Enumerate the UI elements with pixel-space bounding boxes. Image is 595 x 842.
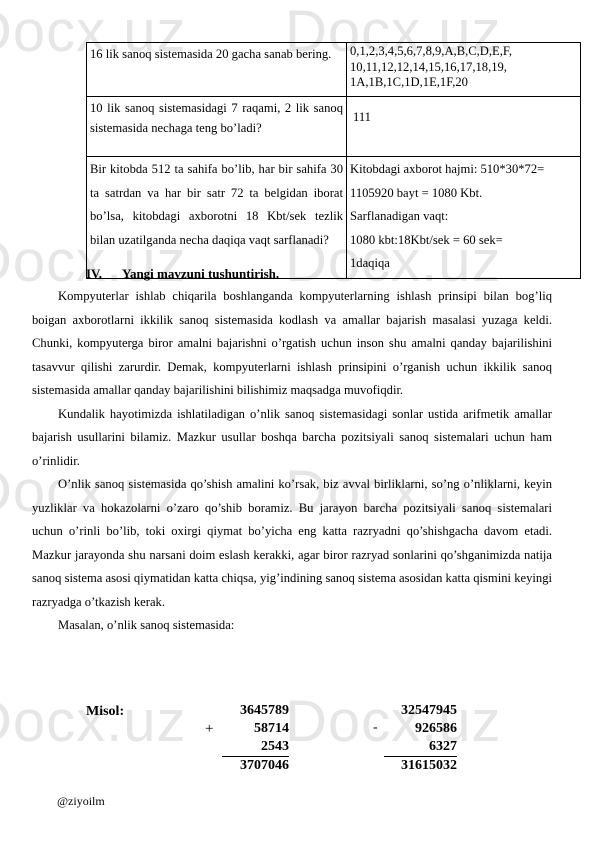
answer-line: 1105920 bayt = 1080 Kbt. [350,182,577,206]
answer-line: 111 [353,107,577,127]
addition-example: + 3645789 58714 2543 3707046 [222,702,289,775]
table-row: 10 lik sanoq sistemasidagi 7 raqami, 2 l… [87,97,581,157]
section-number: IV. [86,264,122,284]
answer-line: Sarflanadigan vaqt: [350,205,577,229]
table-row: Bir kitobda 512 ta sahifa bo’lib, har bi… [87,157,581,279]
table-row: 16 lik sanoq sistemasida 20 gacha sanab … [87,43,581,97]
answer-line: 1A,1B,1C,1D,1E,1F,20 [350,75,577,91]
operand: 6327 [429,738,457,756]
answer-line: 1080 kbt:18Kbt/sek = 60 sek= [350,229,577,253]
operand: 3645789 [240,702,289,720]
answer-line: 0,1,2,3,4,5,6,7,8,9,A,B,C,D,E,F, [350,44,577,60]
operand: 32547945 [401,702,457,720]
answer-cell: Kitobdagi axborot hajmi: 510*30*72= 1105… [347,157,581,279]
watermark: Docx.uz [0,688,187,755]
question-cell: 10 lik sanoq sistemasidagi 7 raqami, 2 l… [87,97,347,157]
operand: 926586 [415,720,457,738]
answer-line: 10,11,12,12,14,15,16,17,18,19, [350,60,577,76]
document-body: IV. Yangi mavzuni tushuntirish. Kompyute… [60,264,552,638]
paragraph: O’nlik sanoq sistemasida qo’shish amalin… [32,473,552,614]
answer-cell: 111 [347,97,581,157]
result: 31615032 [401,757,457,775]
subtraction-example: - 32547945 926586 6327 31615032 [384,702,457,775]
example-label: Misol: [86,704,124,720]
answer-cell: 0,1,2,3,4,5,6,7,8,9,A,B,C,D,E,F, 10,11,1… [347,43,581,97]
paragraph: Kompyuterlar ishlab chiqarila boshlangan… [32,285,552,403]
operand: 2543 [261,738,289,756]
minus-operator: - [373,719,378,737]
plus-operator: + [205,720,213,738]
section-title: Yangi mavzuni tushuntirish. [122,264,279,284]
paragraph: Masalan, o’nlik sanoq sistemasida: [32,614,552,638]
result: 3707046 [240,757,289,775]
operand: 58714 [254,720,289,738]
footer-handle: @ziyoilm [57,794,105,809]
section-heading: IV. Yangi mavzuni tushuntirish. [86,264,552,284]
question-cell: Bir kitobda 512 ta sahifa bo’lib, har bi… [87,157,347,279]
paragraph: Kundalik hayotimizda ishlatiladigan o’nl… [32,403,552,474]
question-answer-table: 16 lik sanoq sistemasida 20 gacha sanab … [86,42,581,279]
question-cell: 16 lik sanoq sistemasida 20 gacha sanab … [87,43,347,97]
answer-line: Kitobdagi axborot hajmi: 510*30*72= [350,158,577,182]
